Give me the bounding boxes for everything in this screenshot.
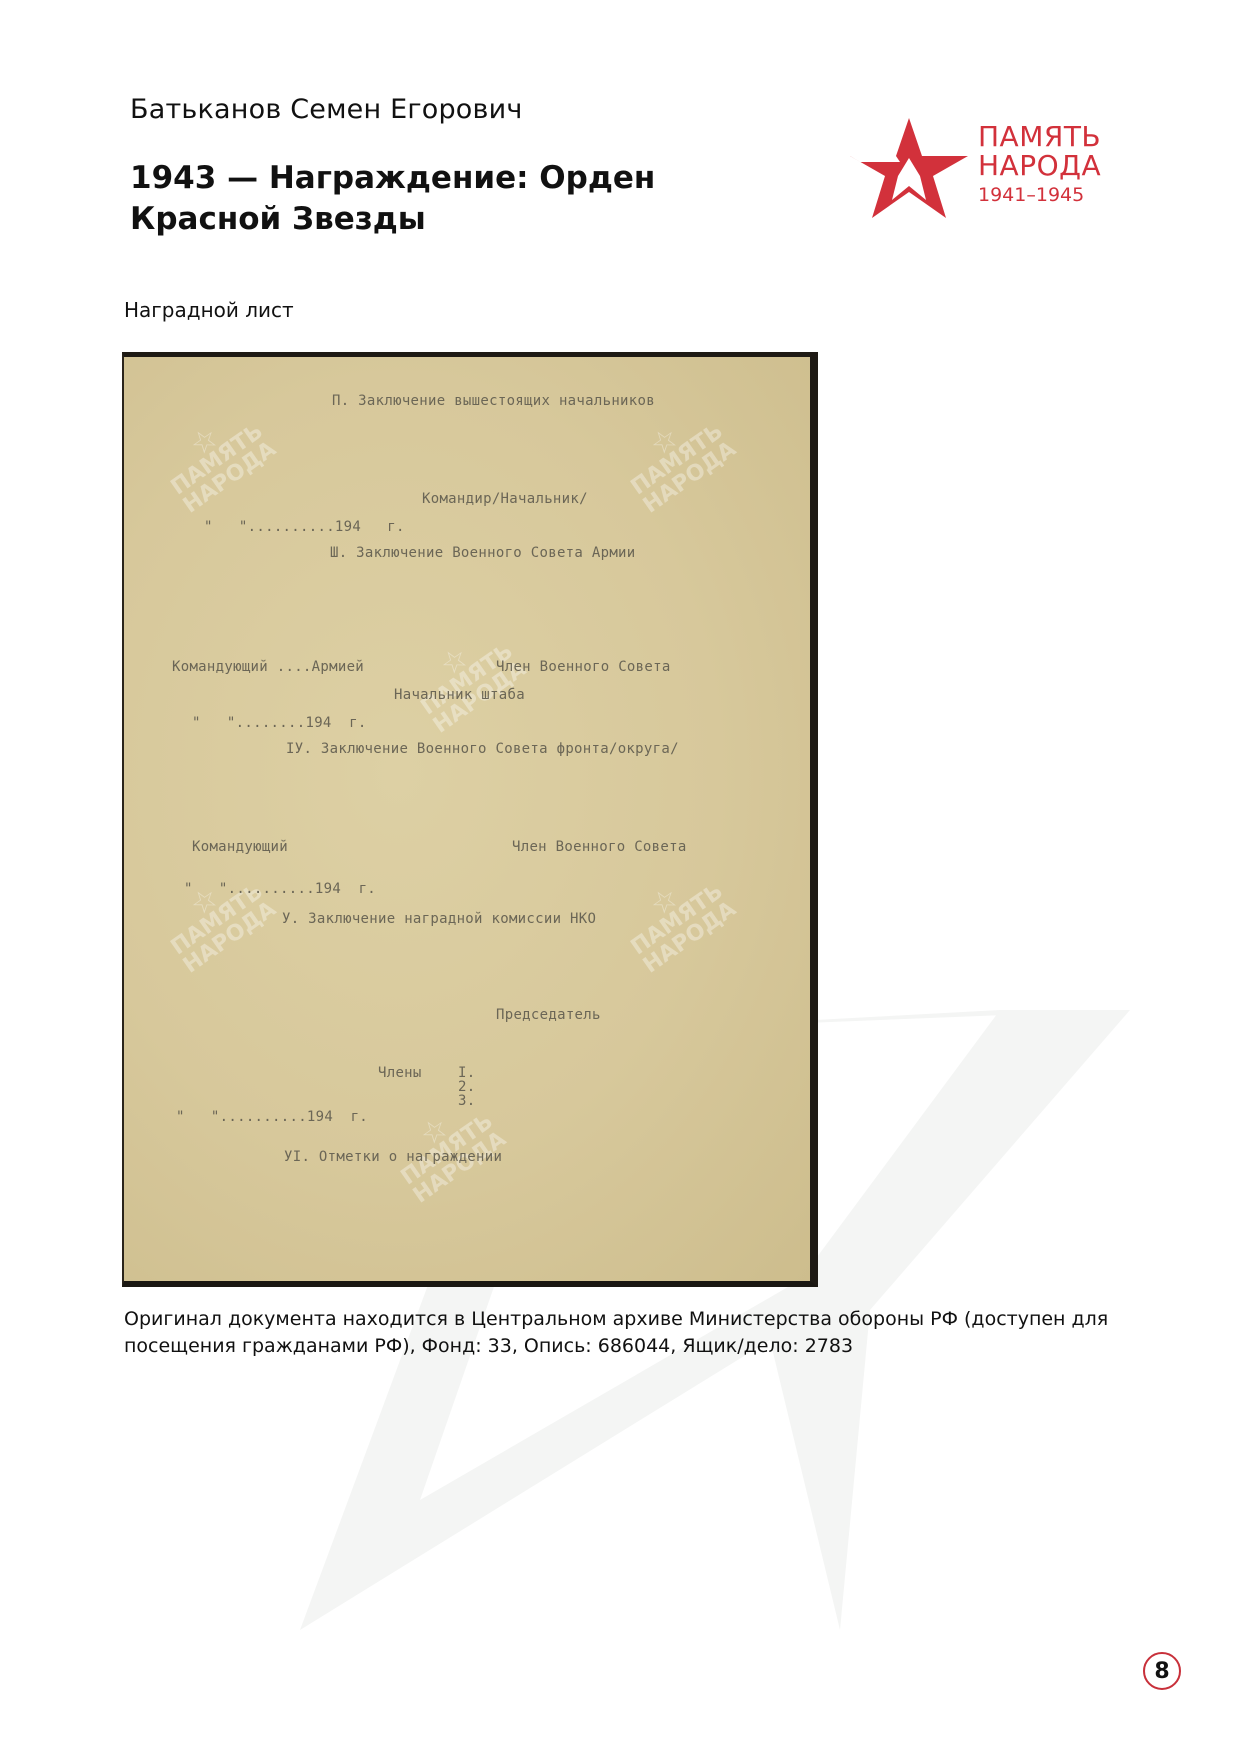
archive-caption: Оригинал документа находится в Центральн… xyxy=(124,1306,1124,1360)
scan-line: IУ. Заключение Военного Совета фронта/ок… xyxy=(286,741,679,757)
scan-watermark: ☆ПАМЯТЬНАРОДА xyxy=(615,402,740,517)
scan-line: УI. Отметки о награждении xyxy=(284,1149,502,1165)
scan-line: " "........194 г. xyxy=(192,715,367,731)
document-type-label: Наградной лист xyxy=(124,298,294,322)
scan-line: " "..........194 г. xyxy=(176,1109,368,1125)
document-scan: ☆ПАМЯТЬНАРОДА ☆ПАМЯТЬНАРОДА ☆ПАМЯТЬНАРОД… xyxy=(122,352,818,1287)
scan-line: Командующий ....Армией xyxy=(172,659,364,675)
scan-watermark: ☆ПАМЯТЬНАРОДА xyxy=(155,862,280,977)
scan-line: Член Военного Совета xyxy=(512,839,687,855)
page-number: 8 xyxy=(1143,1652,1181,1690)
scan-line: П. Заключение вышестоящих начальников xyxy=(332,393,655,409)
scan-line: Ш. Заключение Военного Совета Армии xyxy=(330,545,636,561)
scan-line: Члены xyxy=(378,1065,422,1081)
scan-line: " "..........194 г. xyxy=(204,519,405,535)
scan-line: Командир/Начальник/ xyxy=(422,491,588,507)
scan-line: Начальник штаба xyxy=(394,687,525,703)
scan-watermark: ☆ПАМЯТЬНАРОДА xyxy=(615,862,740,977)
scan-watermark: ☆ПАМЯТЬНАРОДА xyxy=(155,402,280,517)
scan-line: У. Заключение наградной комиссии НКО xyxy=(282,911,596,927)
scan-watermark: ☆ПАМЯТЬНАРОДА xyxy=(405,622,530,737)
logo-line-1: ПАМЯТЬ xyxy=(978,122,1101,151)
scan-line: 3. xyxy=(458,1093,475,1109)
scan-line: Член Военного Совета xyxy=(496,659,671,675)
scan-line: Командующий xyxy=(192,839,288,855)
logo-years: 1941–1945 xyxy=(978,182,1101,208)
logo-line-2: НАРОДА xyxy=(978,151,1101,180)
scan-line: Председатель xyxy=(496,1007,601,1023)
scan-line: " "..........194 г. xyxy=(184,881,376,897)
person-name: Батьканов Семен Егорович xyxy=(130,94,523,125)
pamyat-naroda-logo: ПАМЯТЬ НАРОДА 1941–1945 xyxy=(850,118,1120,218)
award-title: 1943 — Награждение: Орден Красной Звезды xyxy=(130,158,750,240)
red-star-icon xyxy=(850,118,968,218)
